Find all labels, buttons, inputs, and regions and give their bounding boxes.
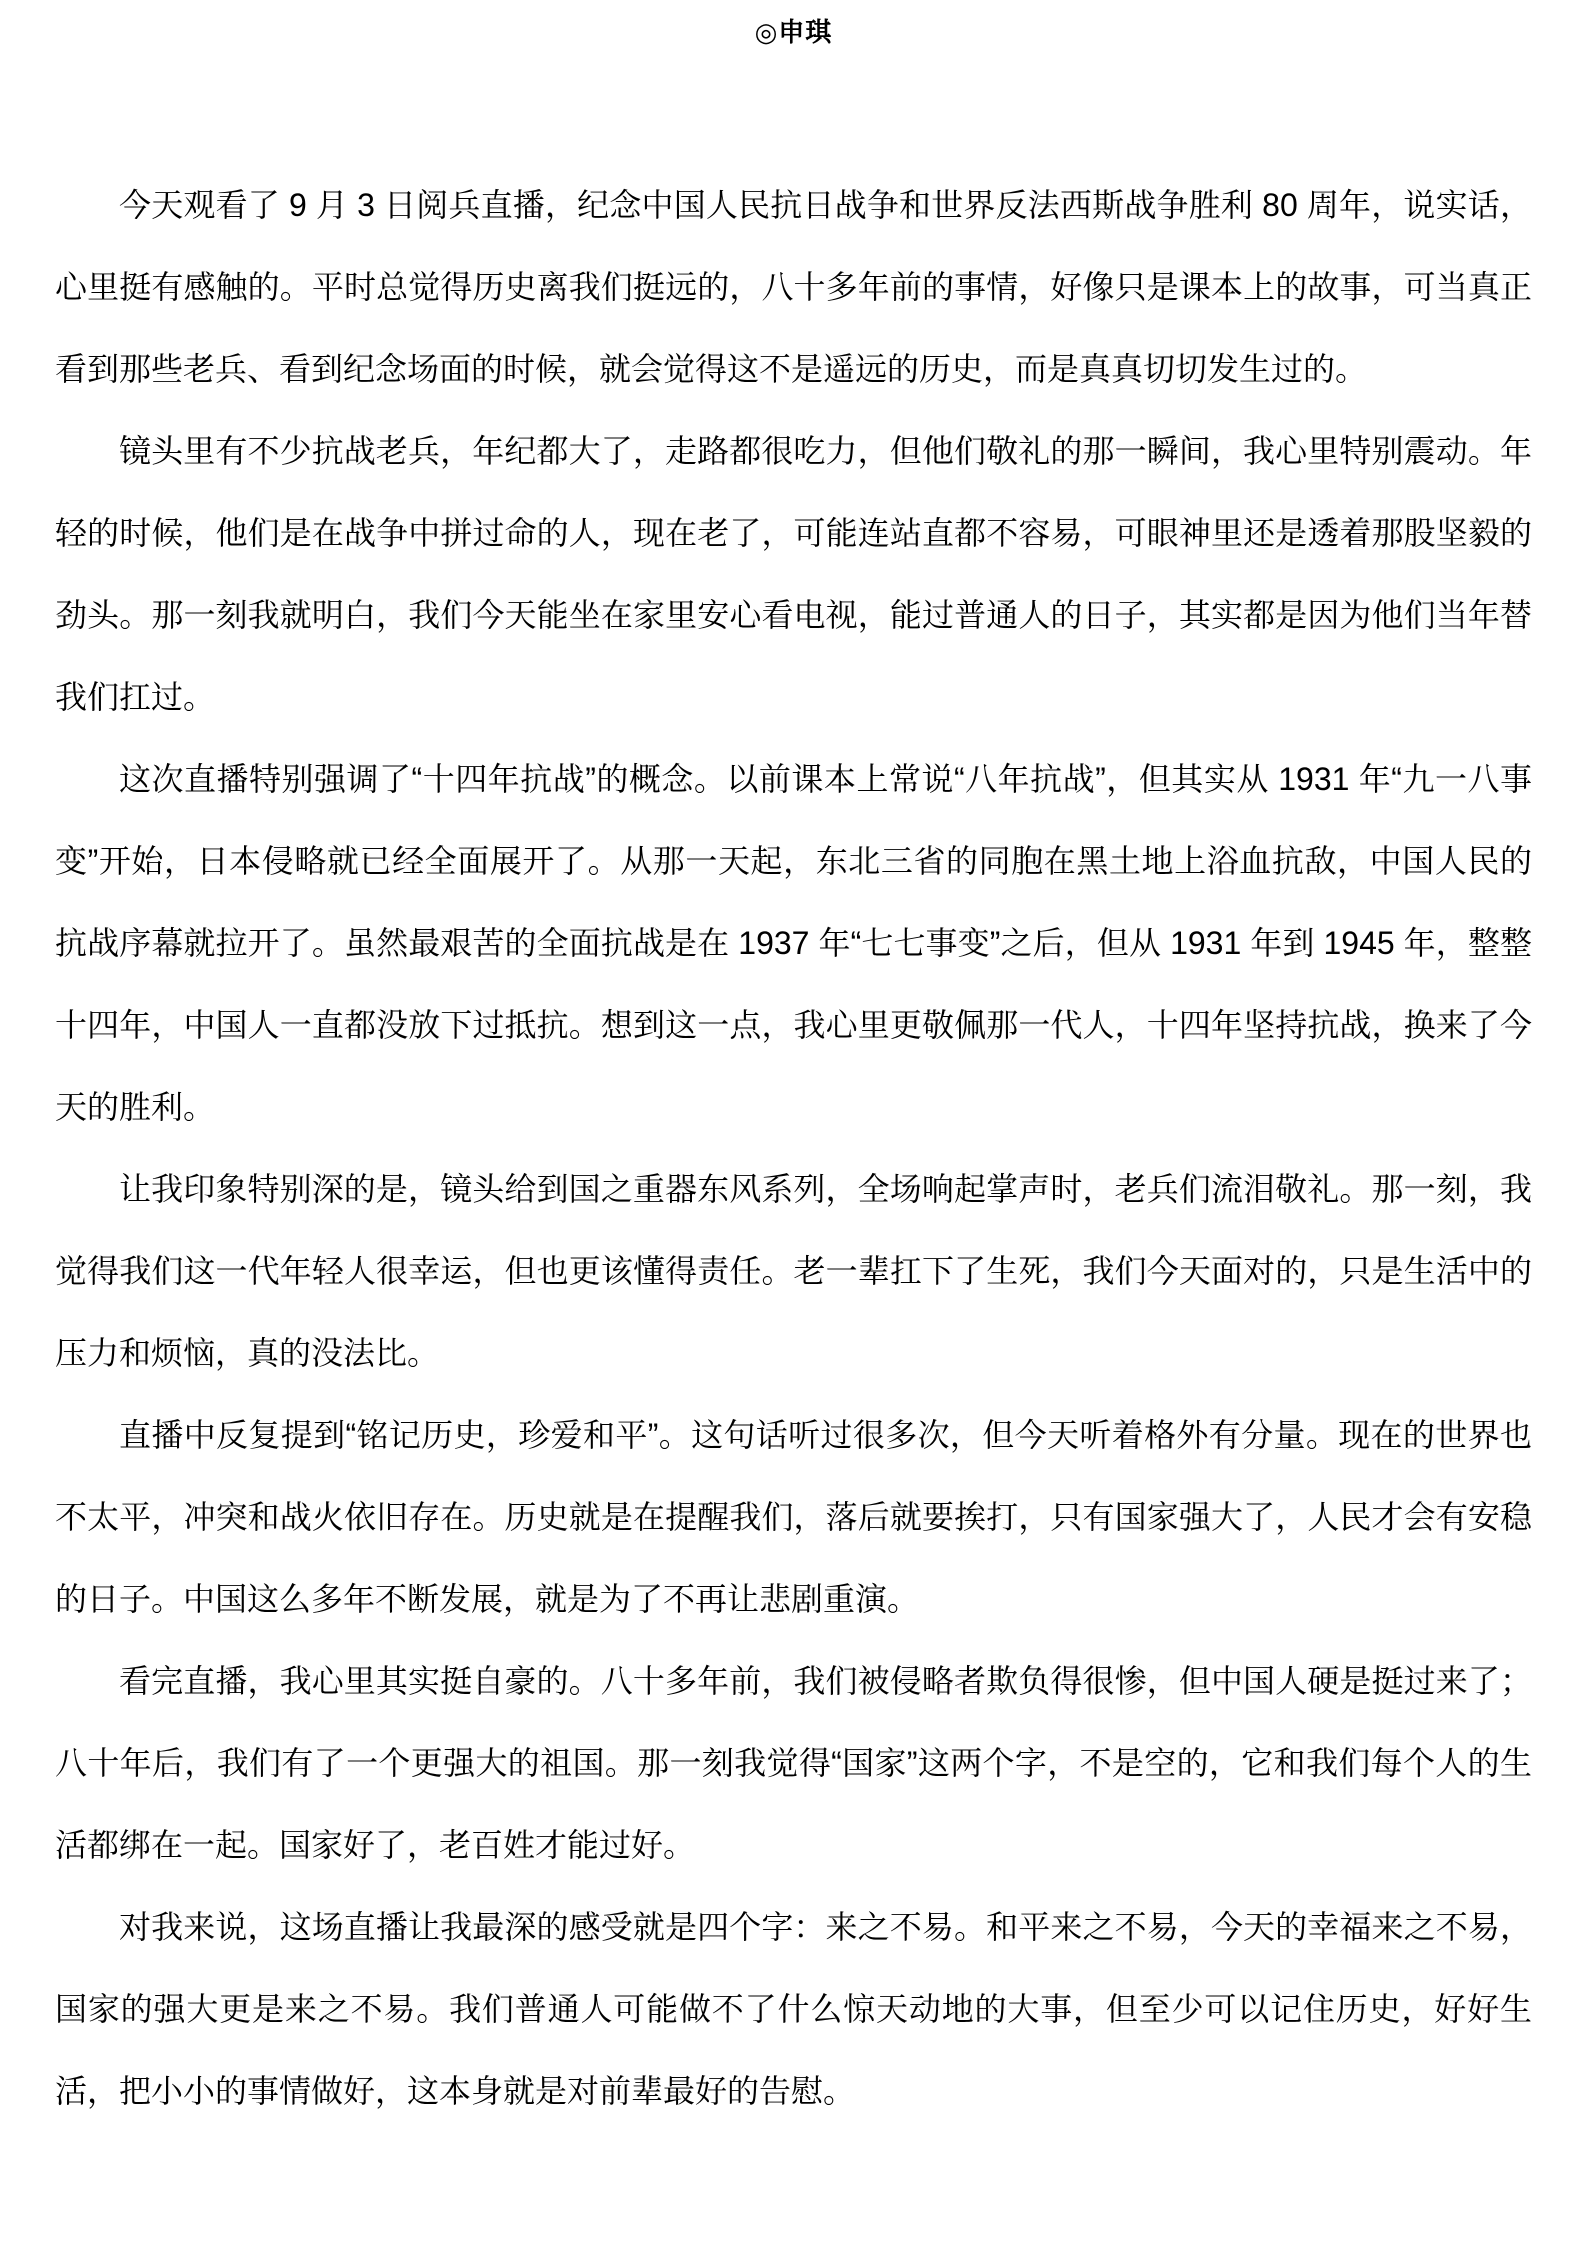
- paragraph-6: 看完直播，我心里其实挺自豪的。八十多年前，我们被侵略者欺负得很惨，但中国人硬是挺…: [55, 1640, 1532, 1886]
- author-byline: ◎申琪: [55, 14, 1532, 50]
- document-page: ◎申琪 今天观看了 9 月 3 日阅兵直播，纪念中国人民抗日战争和世界反法西斯战…: [0, 0, 1587, 2245]
- paragraph-7: 对我来说，这场直播让我最深的感受就是四个字：来之不易。和平来之不易，今天的幸福来…: [55, 1886, 1532, 2132]
- paragraph-2: 镜头里有不少抗战老兵，年纪都大了，走路都很吃力，但他们敬礼的那一瞬间，我心里特别…: [55, 410, 1532, 738]
- paragraph-1: 今天观看了 9 月 3 日阅兵直播，纪念中国人民抗日战争和世界反法西斯战争胜利 …: [55, 164, 1532, 410]
- paragraph-4: 让我印象特别深的是，镜头给到国之重器东风系列，全场响起掌声时，老兵们流泪敬礼。那…: [55, 1148, 1532, 1394]
- paragraph-3: 这次直播特别强调了“十四年抗战”的概念。以前课本上常说“八年抗战”，但其实从 1…: [55, 738, 1532, 1148]
- paragraph-5: 直播中反复提到“铭记历史，珍爱和平”。这句话听过很多次，但今天听着格外有分量。现…: [55, 1394, 1532, 1640]
- document-body: 今天观看了 9 月 3 日阅兵直播，纪念中国人民抗日战争和世界反法西斯战争胜利 …: [55, 164, 1532, 2132]
